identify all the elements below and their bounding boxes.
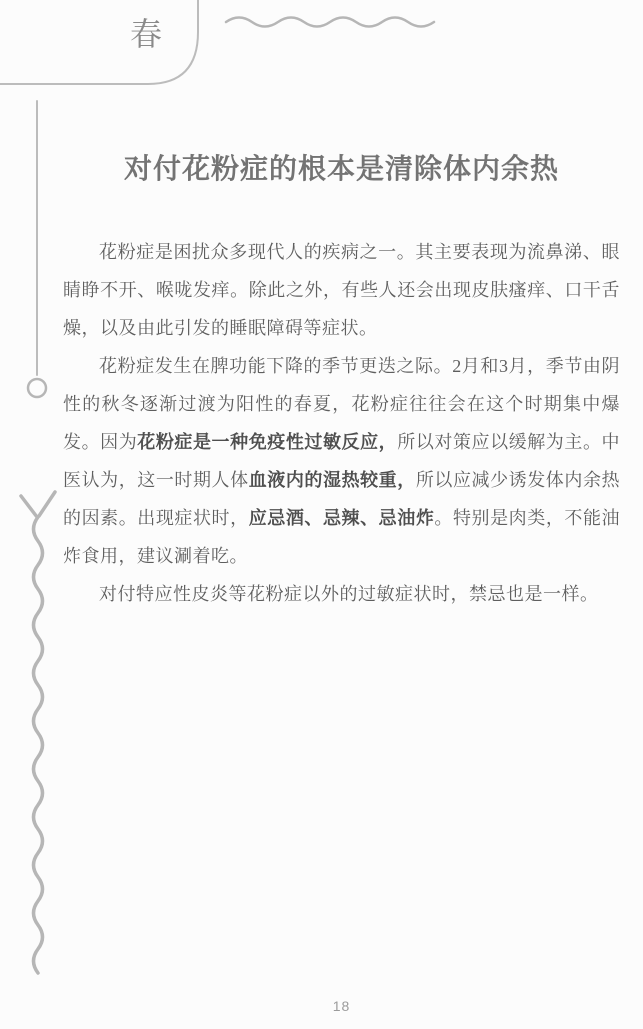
bold-text-run: 花粉症是一种免疫性过敏反应， bbox=[137, 432, 397, 452]
fork-right-arm bbox=[39, 492, 55, 516]
article-body: 花粉症是困扰众多现代人的疾病之一。其主要表现为流鼻涕、眼睛睁不开、喉咙发痒。除此… bbox=[63, 233, 620, 613]
paragraph: 对付特应性皮炎等花粉症以外的过敏症状时，禁忌也是一样。 bbox=[63, 575, 620, 613]
left-wavy-line bbox=[34, 517, 43, 973]
bold-text-run: 血液内的湿热较重， bbox=[249, 470, 416, 490]
circle-terminator bbox=[28, 379, 46, 397]
text-run: 对付特应性皮炎等花粉症以外的过敏症状时，禁忌也是一样。 bbox=[99, 584, 599, 604]
bold-text-run: 应忌酒、忌辣、忌油炸 bbox=[249, 508, 435, 528]
paragraph: 花粉症发生在脾功能下降的季节更迭之际。2月和3月，季节由阴性的秋冬逐渐过渡为阳性… bbox=[63, 347, 620, 575]
fork-left-arm bbox=[21, 496, 37, 517]
text-run: 花粉症是困扰众多现代人的疾病之一。其主要表现为流鼻涕、眼睛睁不开、喉咙发痒。除此… bbox=[63, 242, 620, 338]
article-title: 对付花粉症的根本是清除体内余热 bbox=[63, 150, 620, 188]
corner-bracket-line bbox=[0, 0, 198, 84]
book-page: 春 对付花粉症的根本是清除体内余热 花粉症是困扰众多现代人的疾病之一。其主要表现… bbox=[0, 0, 643, 1029]
season-tab-spring: 春 bbox=[126, 16, 166, 56]
top-wavy-line bbox=[226, 18, 434, 27]
paragraph: 花粉症是困扰众多现代人的疾病之一。其主要表现为流鼻涕、眼睛睁不开、喉咙发痒。除此… bbox=[63, 233, 620, 347]
article: 对付花粉症的根本是清除体内余热 花粉症是困扰众多现代人的疾病之一。其主要表现为流… bbox=[63, 150, 620, 613]
page-number: 18 bbox=[63, 998, 620, 1014]
